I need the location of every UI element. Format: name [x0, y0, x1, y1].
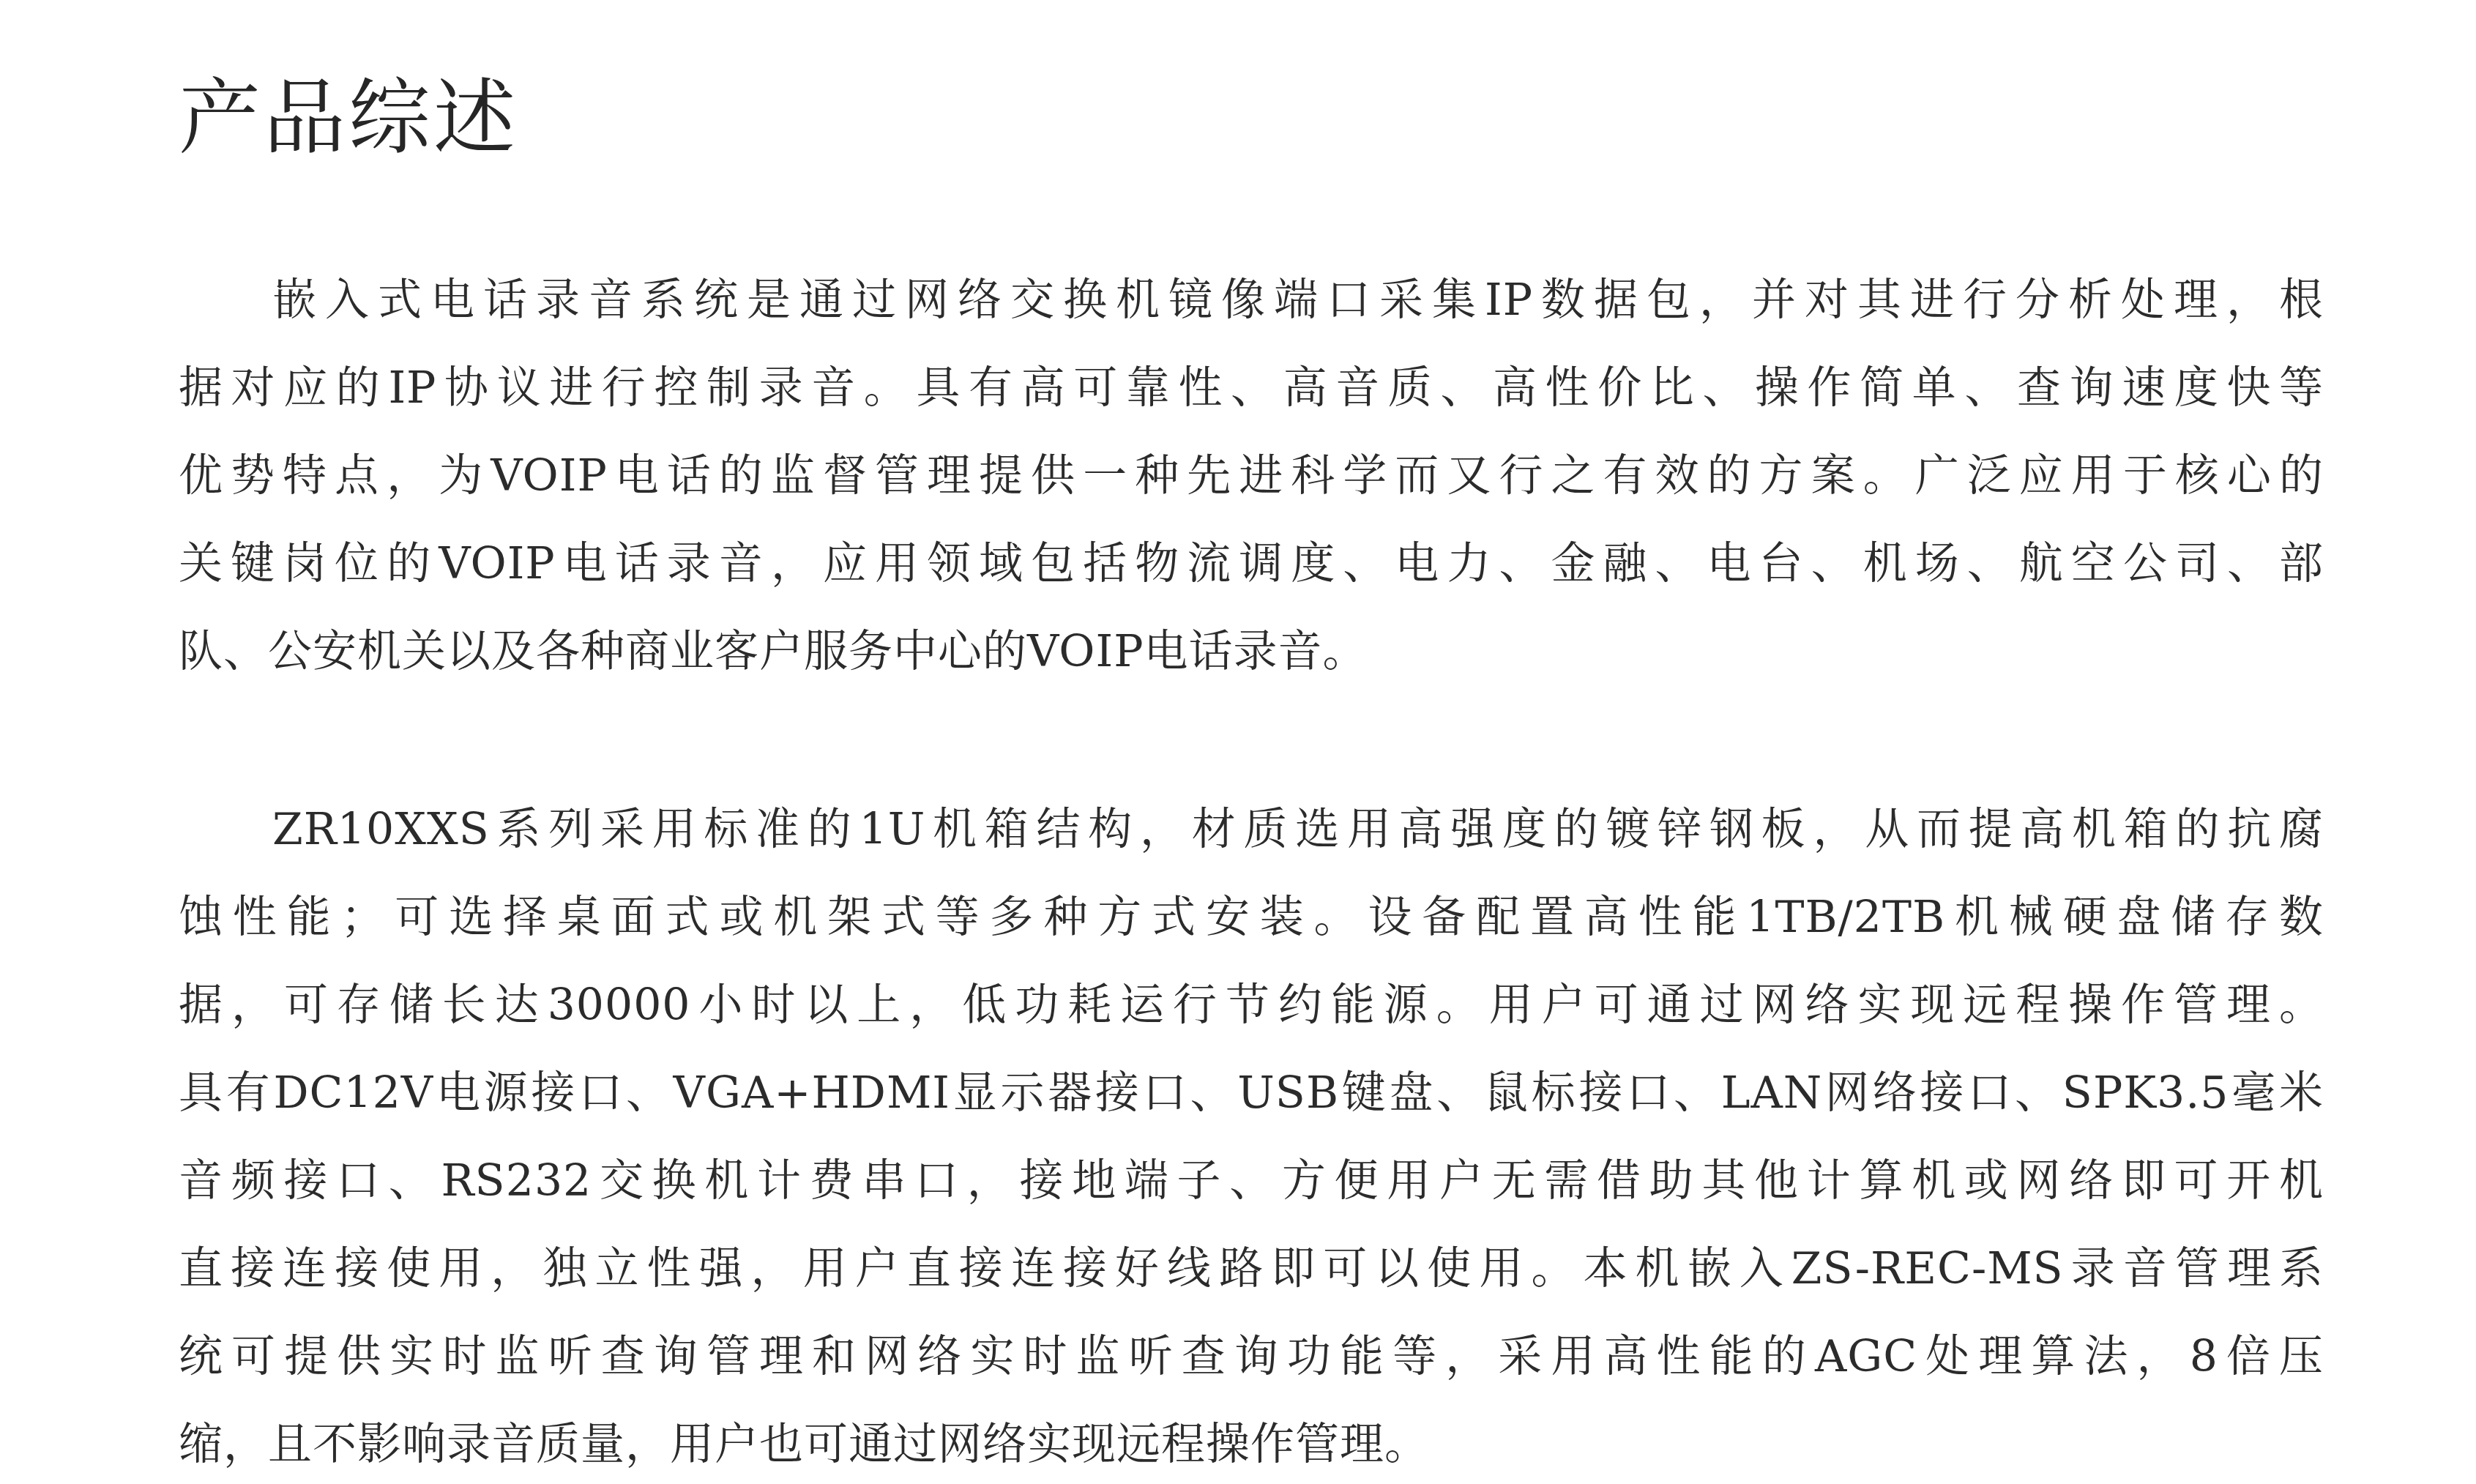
paragraph-line: 关键岗位的VOIP电话录音，应用领域包括物流调度、电力、金融、电台、机场、航空公…	[179, 520, 2324, 608]
paragraph-line: 优势特点，为VOIP电话的监督管理提供一种先进科学而又行之有效的方案。广泛应用于…	[179, 432, 2324, 520]
paragraph-line: 嵌入式电话录音系统是通过网络交换机镜像端口采集IP数据包，并对其进行分析处理，根	[179, 256, 2324, 344]
paragraph-line: 统可提供实时监听查询管理和网络实时监听查询功能等，采用高性能的AGC处理算法，8…	[179, 1313, 2324, 1401]
paragraph-hardware: ZR10XXS系列采用标准的1U机箱结构，材质选用高强度的镀锌钢板，从而提高机箱…	[179, 786, 2324, 1484]
paragraph-line: 队、公安机关以及各种商业客户服务中心的VOIP电话录音。	[179, 608, 2324, 696]
paragraph-line: ZR10XXS系列采用标准的1U机箱结构，材质选用高强度的镀锌钢板，从而提高机箱…	[179, 786, 2324, 873]
page-title: 产品综述	[179, 67, 518, 170]
paragraph-line: 蚀性能；可选择桌面式或机架式等多种方式安装。设备配置高性能1TB/2TB机械硬盘…	[179, 873, 2324, 961]
paragraph-line: 具有DC12V电源接口、VGA+HDMI显示器接口、USB键盘、鼠标接口、LAN…	[179, 1049, 2324, 1137]
paragraph-line: 据对应的IP协议进行控制录音。具有高可靠性、高音质、高性价比、操作简单、查询速度…	[179, 344, 2324, 432]
paragraph-line: 音频接口、RS232交换机计费串口，接地端子、方便用户无需借助其他计算机或网络即…	[179, 1137, 2324, 1225]
paragraph-line: 据，可存储长达30000小时以上，低功耗运行节约能源。用户可通过网络实现远程操作…	[179, 961, 2324, 1049]
paragraph-line: 缩，且不影响录音质量，用户也可通过网络实现远程操作管理。	[179, 1401, 2324, 1484]
paragraph-overview: 嵌入式电话录音系统是通过网络交换机镜像端口采集IP数据包，并对其进行分析处理，根…	[179, 256, 2324, 696]
paragraph-line: 直接连接使用，独立性强，用户直接连接好线路即可以使用。本机嵌入ZS-REC-MS…	[179, 1225, 2324, 1313]
